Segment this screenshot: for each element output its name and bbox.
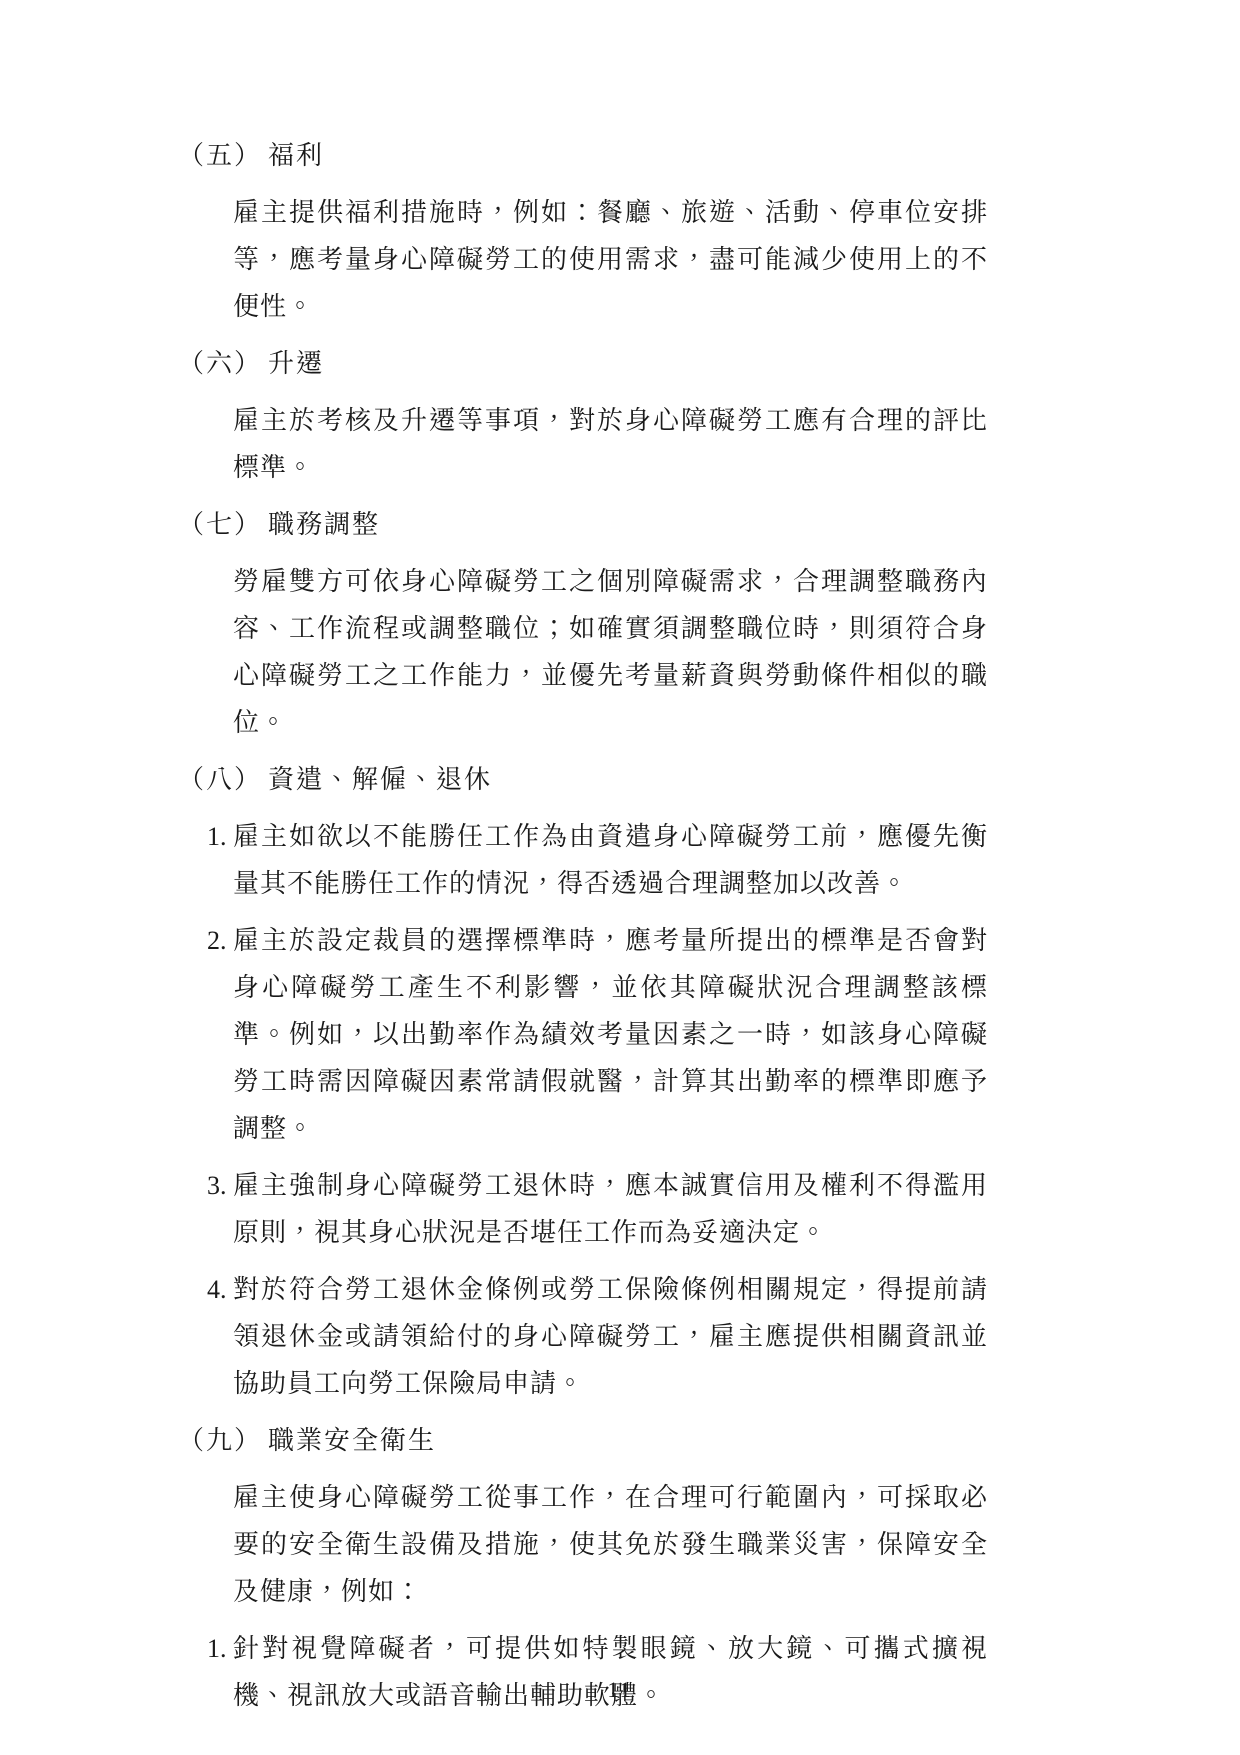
- list-item: 4.對於符合勞工退休金條例或勞工保險條例相關規定，得提前請領退休金或請領給付的身…: [207, 1266, 988, 1407]
- section-marker: （六）: [178, 349, 262, 378]
- section-marker: （七）: [178, 510, 262, 539]
- item-number: 1.: [207, 813, 233, 907]
- item-number: 2.: [207, 917, 233, 1152]
- section-heading: （七）職務調整: [178, 501, 1240, 548]
- section-title: 資遣、解僱、退休: [268, 765, 492, 794]
- section-marker: （五）: [178, 141, 262, 170]
- item-text: 對於符合勞工退休金條例或勞工保險條例相關規定，得提前請領退休金或請領給付的身心障…: [233, 1266, 988, 1407]
- paragraph: 雇主提供福利措施時，例如：餐廳、旅遊、活動、停車位安排等，應考量身心障礙勞工的使…: [233, 189, 988, 330]
- section-welfare: （五）福利 雇主提供福利措施時，例如：餐廳、旅遊、活動、停車位安排等，應考量身心…: [0, 132, 1240, 330]
- section-title: 福利: [268, 141, 324, 170]
- page-number: 11: [0, 1677, 1240, 1703]
- section-heading: （九）職業安全衛生: [178, 1417, 1240, 1464]
- list-item: 3.雇主強制身心障礙勞工退休時，應本誠實信用及權利不得濫用原則，視其身心狀況是否…: [207, 1162, 988, 1256]
- list-item: 1.針對視覺障礙者，可提供如特製眼鏡、放大鏡、可攜式擴視機、視訊放大或語音輸出輔…: [207, 1625, 988, 1719]
- list-item: 1.雇主如欲以不能勝任工作為由資遣身心障礙勞工前，應優先衡量其不能勝任工作的情況…: [207, 813, 988, 907]
- section-title: 升遷: [268, 349, 324, 378]
- paragraph: 勞雇雙方可依身心障礙勞工之個別障礙需求，合理調整職務內容、工作流程或調整職位；如…: [233, 558, 988, 746]
- item-text: 雇主強制身心障礙勞工退休時，應本誠實信用及權利不得濫用原則，視其身心狀況是否堪任…: [233, 1162, 988, 1256]
- ordered-list: 1.針對視覺障礙者，可提供如特製眼鏡、放大鏡、可攜式擴視機、視訊放大或語音輸出輔…: [0, 1625, 1240, 1719]
- item-number: 3.: [207, 1162, 233, 1256]
- item-text: 針對視覺障礙者，可提供如特製眼鏡、放大鏡、可攜式擴視機、視訊放大或語音輸出輔助軟…: [233, 1625, 988, 1719]
- paragraph: 雇主使身心障礙勞工從事工作，在合理可行範圍內，可採取必要的安全衛生設備及措施，使…: [233, 1474, 988, 1615]
- section-heading: （八）資遣、解僱、退休: [178, 756, 1240, 803]
- section-marker: （八）: [178, 765, 262, 794]
- section-heading: （六）升遷: [178, 340, 1240, 387]
- section-severance-dismissal-retirement: （八）資遣、解僱、退休 1.雇主如欲以不能勝任工作為由資遣身心障礙勞工前，應優先…: [0, 756, 1240, 1407]
- item-number: 1.: [207, 1625, 233, 1719]
- list-item: 2.雇主於設定裁員的選擇標準時，應考量所提出的標準是否會對身心障礙勞工產生不利影…: [207, 917, 988, 1152]
- ordered-list: 1.雇主如欲以不能勝任工作為由資遣身心障礙勞工前，應優先衡量其不能勝任工作的情況…: [0, 813, 1240, 1407]
- item-text: 雇主於設定裁員的選擇標準時，應考量所提出的標準是否會對身心障礙勞工產生不利影響，…: [233, 917, 988, 1152]
- item-text: 雇主如欲以不能勝任工作為由資遣身心障礙勞工前，應優先衡量其不能勝任工作的情況，得…: [233, 813, 988, 907]
- section-marker: （九）: [178, 1426, 262, 1455]
- section-occupational-safety-health: （九）職業安全衛生 雇主使身心障礙勞工從事工作，在合理可行範圍內，可採取必要的安…: [0, 1417, 1240, 1719]
- document-page: （五）福利 雇主提供福利措施時，例如：餐廳、旅遊、活動、停車位安排等，應考量身心…: [0, 0, 1240, 1755]
- paragraph: 雇主於考核及升遷等事項，對於身心障礙勞工應有合理的評比標準。: [233, 397, 988, 491]
- section-heading: （五）福利: [178, 132, 1240, 179]
- section-promotion: （六）升遷 雇主於考核及升遷等事項，對於身心障礙勞工應有合理的評比標準。: [0, 340, 1240, 491]
- section-job-adjustment: （七）職務調整 勞雇雙方可依身心障礙勞工之個別障礙需求，合理調整職務內容、工作流…: [0, 501, 1240, 746]
- section-title: 職業安全衛生: [268, 1426, 436, 1455]
- item-number: 4.: [207, 1266, 233, 1407]
- section-title: 職務調整: [268, 510, 380, 539]
